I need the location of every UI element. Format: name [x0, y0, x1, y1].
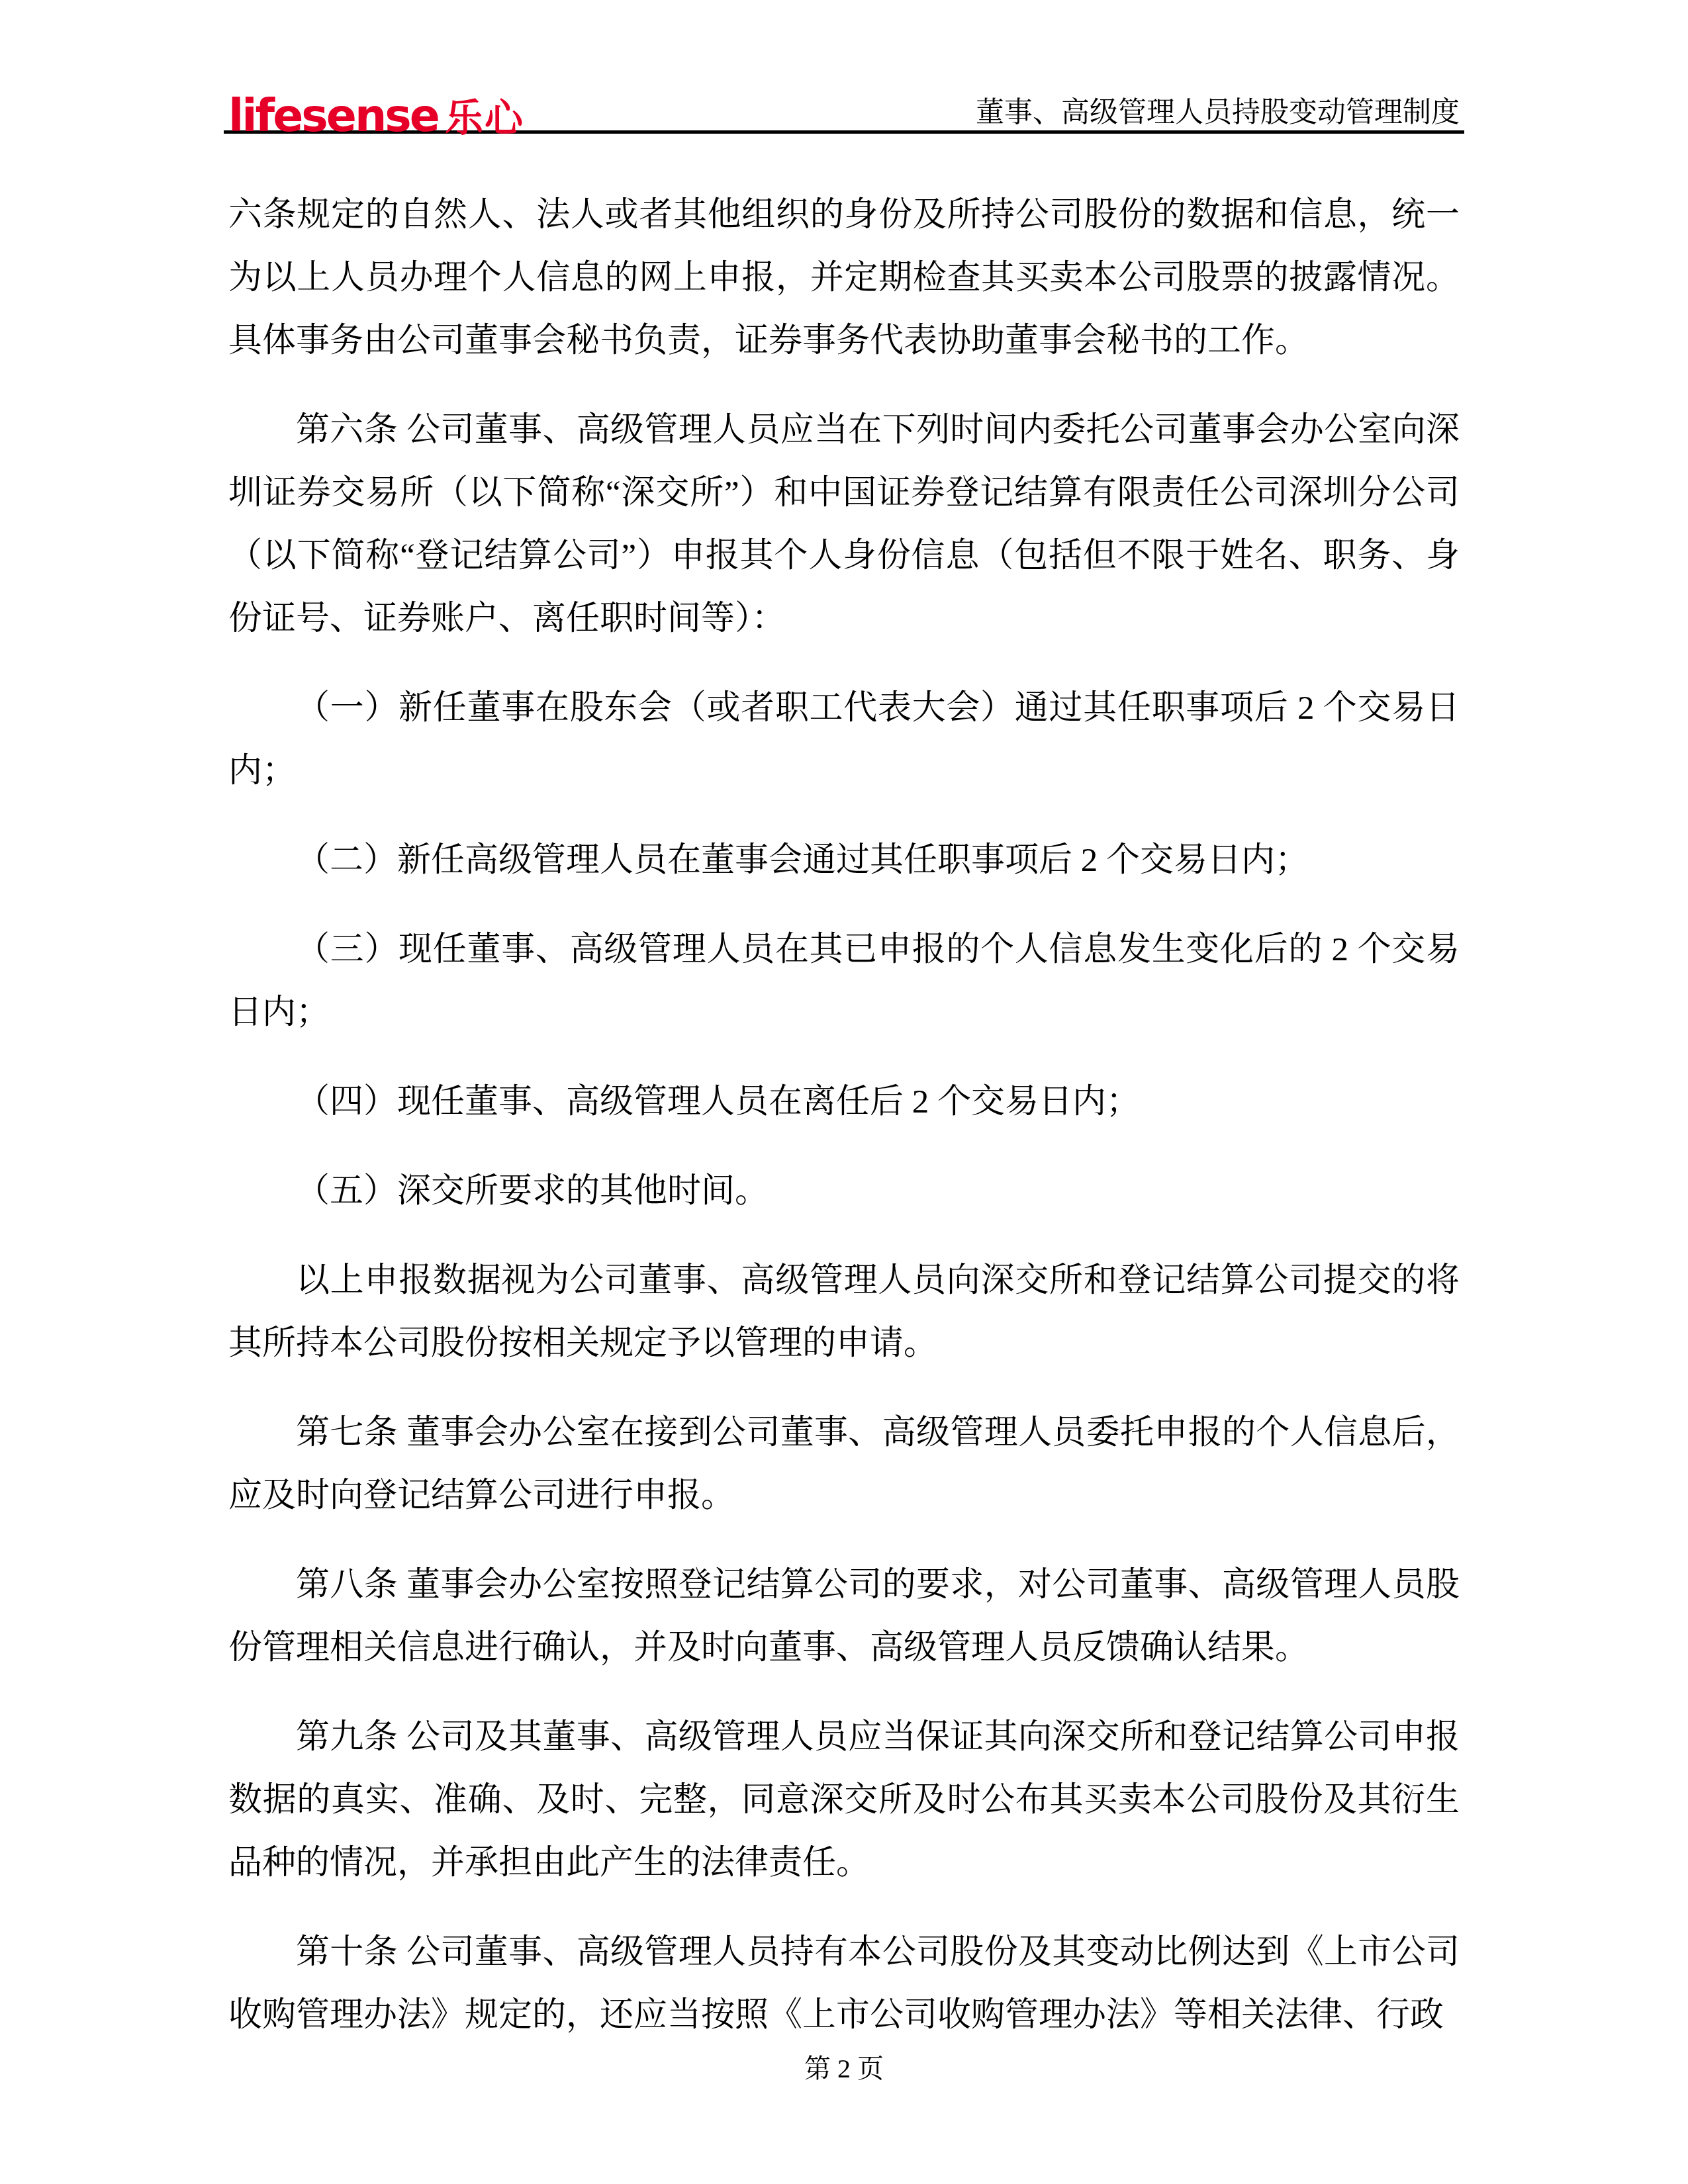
paragraph: （二）新任高级管理人员在董事会通过其任职事项后 2 个交易日内； — [228, 829, 1460, 892]
paragraph: 第九条 公司及其董事、高级管理人员应当保证其向深交所和登记结算公司申报数据的真实… — [228, 1706, 1460, 1895]
logo-wordmark-latin: lifesense — [228, 90, 438, 142]
paragraph: 第八条 董事会办公室按照登记结算公司的要求，对公司董事、高级管理人员股份管理相关… — [228, 1554, 1460, 1680]
paragraph: （一）新任董事在股东会（或者职工代表大会）通过其任职事项后 2 个交易日内； — [228, 677, 1460, 803]
header-document-title: 董事、高级管理人员持股变动管理制度 — [976, 98, 1460, 128]
paragraph: 第七条 董事会办公室在接到公司董事、高级管理人员委托申报的个人信息后，应及时向登… — [228, 1402, 1460, 1527]
page-number: 第 2 页 — [0, 2053, 1688, 2085]
logo-wordmark-cjk: 乐心 — [445, 95, 524, 140]
paragraph: 六条规定的自然人、法人或者其他组织的身份及所持公司股份的数据和信息，统一为以上人… — [228, 184, 1460, 373]
paragraph: 第六条 公司董事、高级管理人员应当在下列时间内委托公司董事会办公室向深圳证券交易… — [228, 399, 1460, 651]
document-page: lifesense乐心 董事、高级管理人员持股变动管理制度 六条规定的自然人、法… — [0, 0, 1688, 2184]
paragraph: （五）深交所要求的其他时间。 — [228, 1160, 1460, 1223]
paragraph: （四）现任董事、高级管理人员在离任后 2 个交易日内； — [228, 1071, 1460, 1134]
document-body: 六条规定的自然人、法人或者其他组织的身份及所持公司股份的数据和信息，统一为以上人… — [228, 184, 1460, 2073]
paragraph: 第十条 公司董事、高级管理人员持有本公司股份及其变动比例达到《上市公司收购管理办… — [228, 1921, 1460, 2047]
lifesense-logo: lifesense乐心 — [228, 94, 524, 139]
paragraph: 以上申报数据视为公司董事、高级管理人员向深交所和登记结算公司提交的将其所持本公司… — [228, 1250, 1460, 1375]
paragraph: （三）现任董事、高级管理人员在其已申报的个人信息发生变化后的 2 个交易日内； — [228, 919, 1460, 1044]
